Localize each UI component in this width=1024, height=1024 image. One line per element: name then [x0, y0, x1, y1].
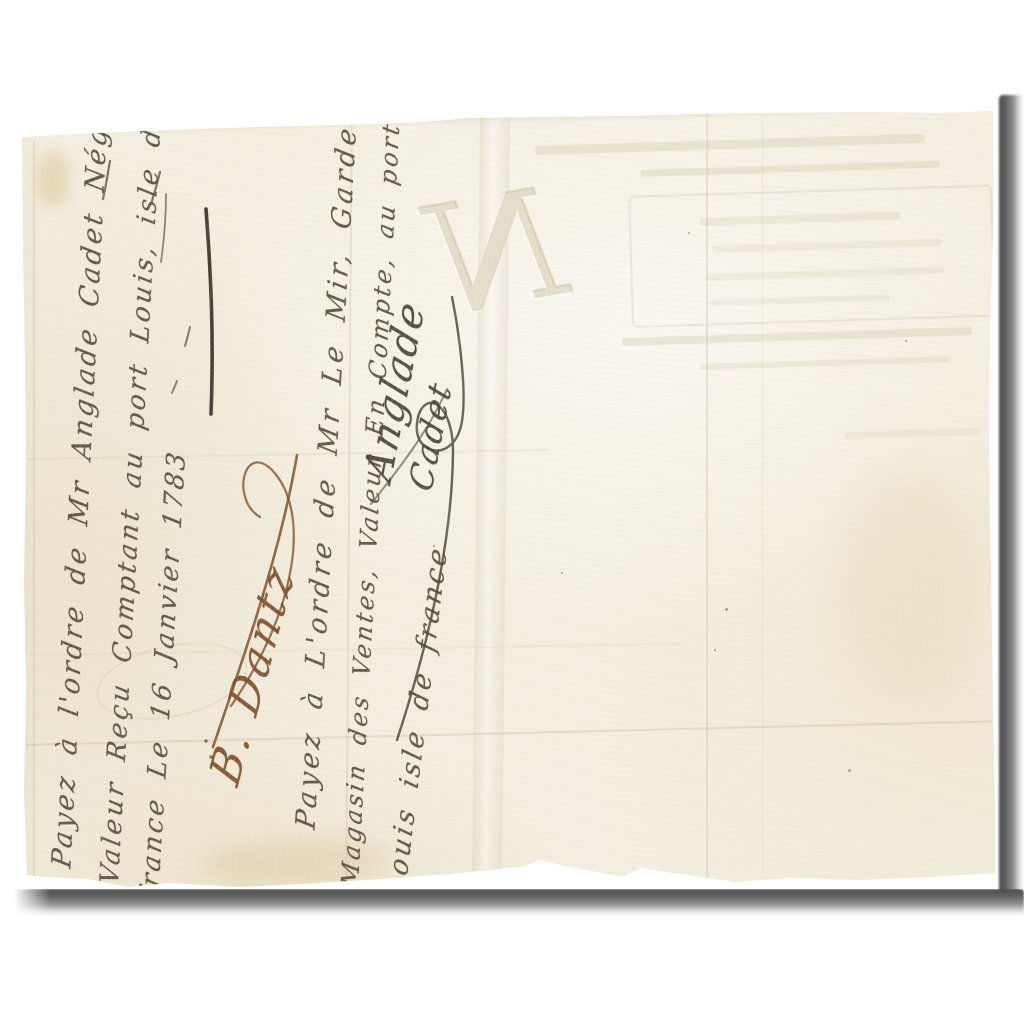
stain-top-left [36, 150, 70, 208]
pen-dash [172, 381, 177, 393]
foxing-speck [714, 649, 716, 651]
crease-vertical-left [33, 140, 35, 878]
ghost-print-band [712, 239, 942, 253]
crease-fold-band [472, 118, 510, 878]
drop-shadow-right [999, 95, 1024, 907]
crease-vertical-3 [762, 114, 763, 874]
foxing-speck [688, 232, 690, 234]
crease-horizontal-upper [28, 449, 548, 460]
photo-canvas: N Payez à l'ordre de Mr Anglade Cadet Né… [0, 0, 1024, 1024]
foxing-speck [848, 769, 851, 772]
ghost-print-band [622, 327, 972, 346]
drop-shadow-bottom [14, 889, 1024, 916]
foxing-speck [561, 572, 563, 574]
crease-vertical-2 [706, 114, 708, 880]
ghost-print-band [705, 266, 945, 281]
ghost-print-band [535, 134, 925, 155]
ghost-print-band [845, 428, 980, 439]
ghost-print-frame [628, 185, 996, 328]
handwriting-block2-line3: Louis isle de france [381, 542, 454, 899]
ghost-print-band [700, 356, 950, 370]
ghost-print-band [700, 212, 900, 226]
stain-right [840, 470, 980, 700]
ink-rule-stroke [206, 209, 212, 414]
ghost-print-band [710, 294, 890, 306]
document-paper: N Payez à l'ordre de Mr Anglade Cadet Né… [0, 0, 1024, 1024]
pen-dash [185, 327, 190, 346]
ghost-print-band [640, 161, 940, 177]
foxing-speck [725, 608, 728, 611]
foxing-speck [905, 340, 907, 342]
